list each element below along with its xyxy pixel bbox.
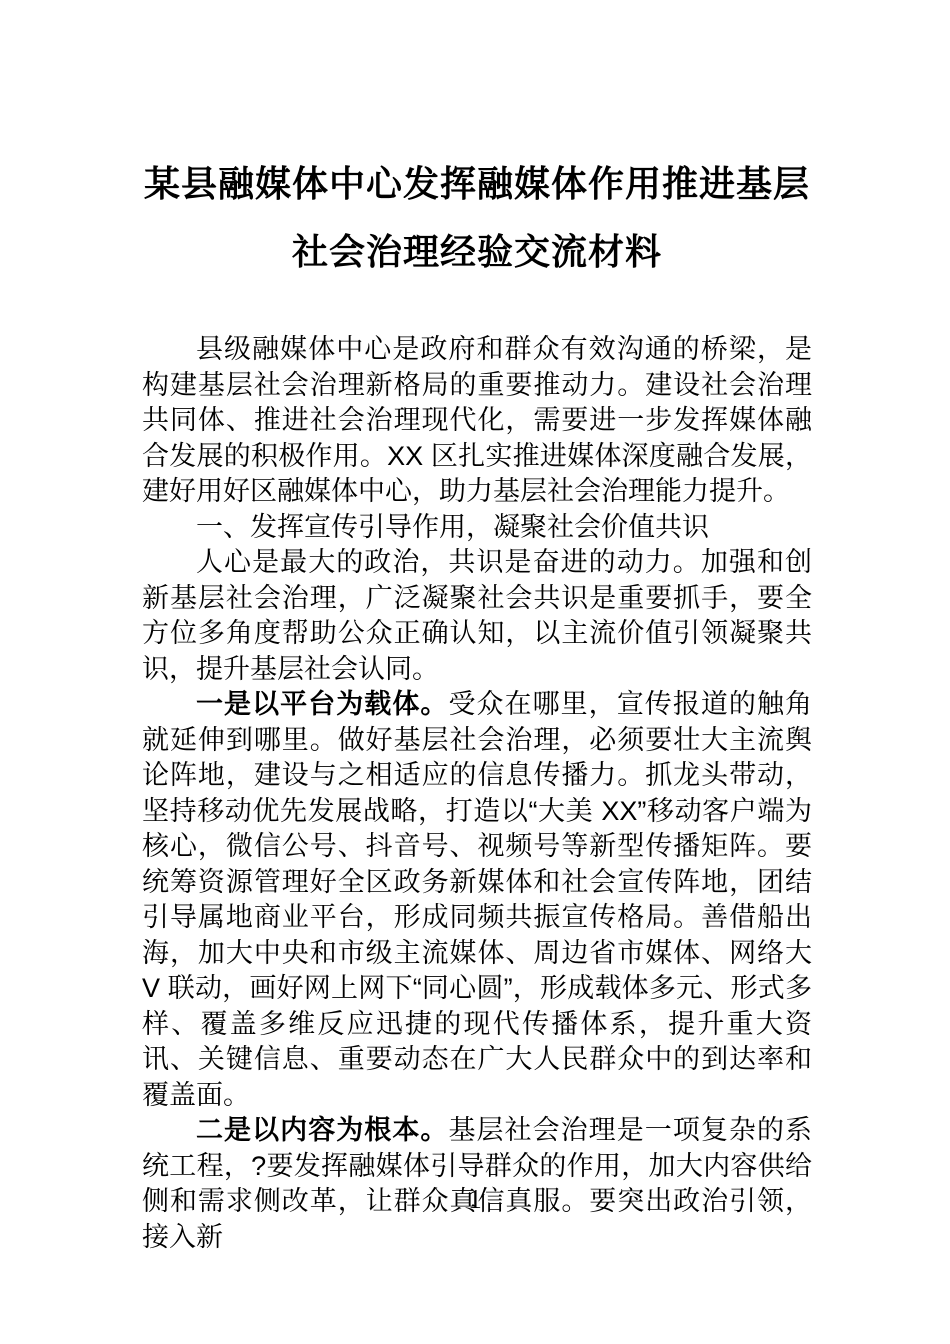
paragraph-point-1-text: 受众在哪里，宣传报道的触角就延伸到哪里。做好基层社会治理，必须要壮大主流舆论阵地…	[142, 689, 812, 1110]
document-page: 某县融媒体中心发挥融媒体作用推进基层 社会治理经验交流材料 县级融媒体中心是政府…	[0, 0, 950, 1344]
paragraph-section-overview: 人心是最大的政治，共识是奋进的动力。加强和创新基层社会治理，广泛凝聚社会共识是重…	[142, 545, 812, 687]
paragraph-point-2-bold-lead: 二是以内容为根本。	[196, 1115, 448, 1145]
paragraph-point-1: 一是以平台为载体。受众在哪里，宣传报道的触角就延伸到哪里。做好基层社会治理，必须…	[142, 687, 812, 1113]
section-heading-1: 一、发挥宣传引导作用，凝聚社会价值共识	[142, 510, 812, 546]
page-number: 1	[0, 1184, 950, 1214]
paragraph-point-1-bold-lead: 一是以平台为载体。	[196, 689, 448, 719]
document-body: 县级融媒体中心是政府和群众有效沟通的桥梁，是构建基层社会治理新格局的重要推动力。…	[142, 332, 812, 1255]
paragraph-intro: 县级融媒体中心是政府和群众有效沟通的桥梁，是构建基层社会治理新格局的重要推动力。…	[142, 332, 812, 510]
document-title: 某县融媒体中心发挥融媒体作用推进基层 社会治理经验交流材料	[142, 150, 812, 286]
title-line-1: 某县融媒体中心发挥融媒体作用推进基层	[142, 150, 812, 218]
title-line-2: 社会治理经验交流材料	[142, 218, 812, 286]
